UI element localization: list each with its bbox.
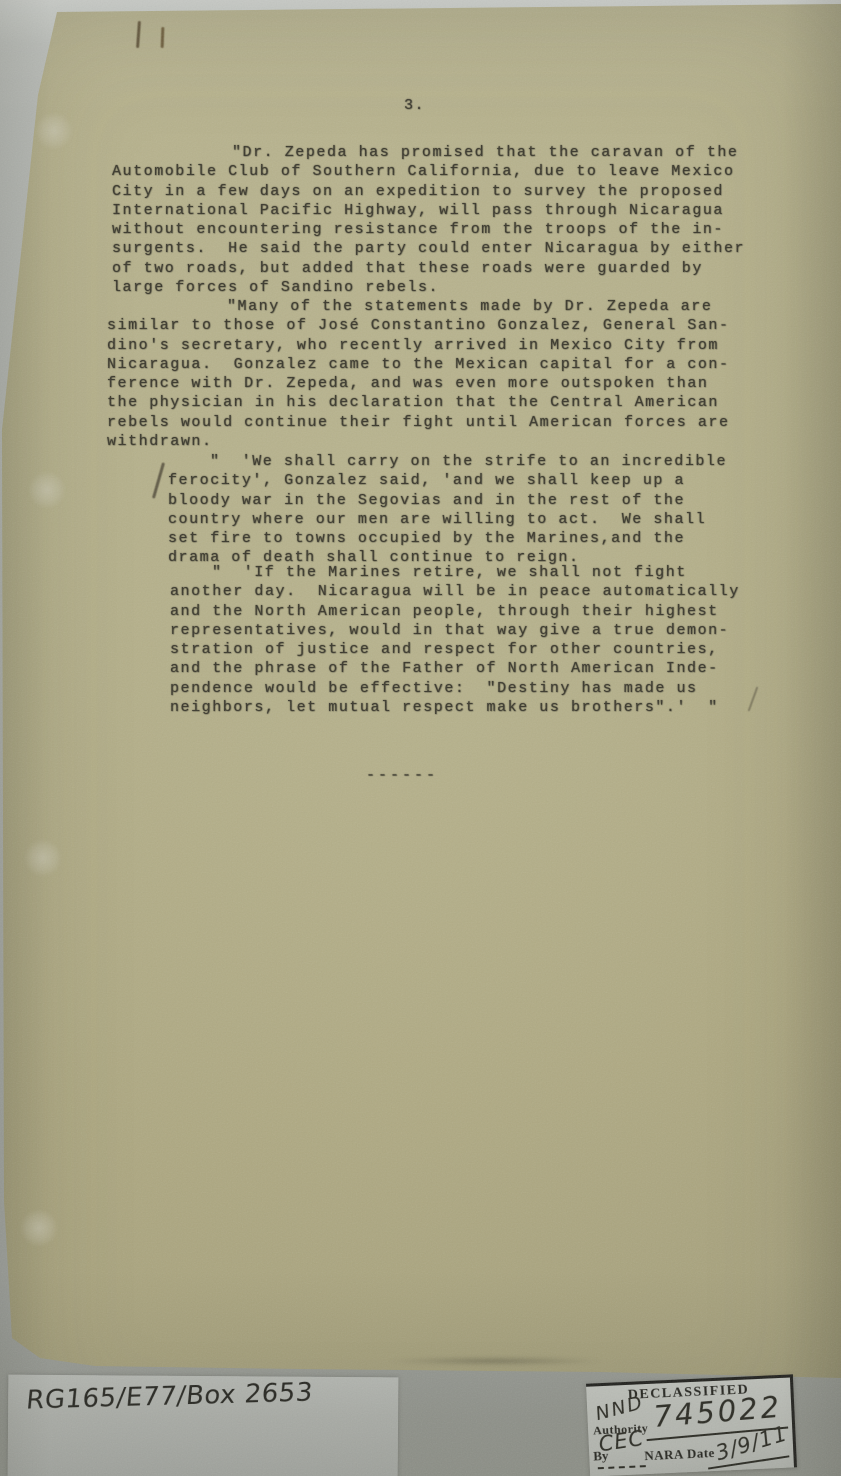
section-separator: ------ <box>366 766 438 785</box>
typewritten-line: the physician in his declaration that th… <box>107 393 772 412</box>
stamp-nara-date-label: NARA Date <box>644 1445 715 1464</box>
block-quote-1: " 'We shall carry on the strife to an in… <box>168 452 768 568</box>
paper-edge-shadow <box>350 1356 640 1366</box>
typewritten-line: country where our men are willing to act… <box>168 510 768 529</box>
typewritten-line: without encountering resistance from the… <box>112 220 772 239</box>
stamp-by-handwriting: CEC <box>597 1426 646 1457</box>
typewritten-line: "Dr. Zepeda has promised that the carava… <box>112 143 772 162</box>
typewritten-line: and the North American people, through t… <box>170 602 770 621</box>
archive-label-text: RG165/E77/Box 2653 <box>25 1378 314 1416</box>
punch-hole <box>28 471 66 509</box>
typewritten-line: dino's secretary, who recently arrived i… <box>107 336 772 355</box>
paragraph-2: "Many of the statements made by Dr. Zepe… <box>107 297 772 451</box>
typewritten-line: City in a few days on an expedition to s… <box>112 182 772 201</box>
typewritten-line: surgents. He said the party could enter … <box>112 239 772 258</box>
typewritten-line: neighbors, let mutual respect make us br… <box>170 698 770 717</box>
typewritten-line: " 'We shall carry on the strife to an in… <box>168 452 768 471</box>
typewritten-line: rebels would continue their fight until … <box>107 413 772 432</box>
document-scan: 3. "Dr. Zepeda has promised that the car… <box>0 0 841 1476</box>
punch-hole <box>20 1209 58 1247</box>
archive-box-label: RG165/E77/Box 2653 <box>8 1375 399 1476</box>
declassified-stamp: DECLASSIFIED NND Authority 745022 By CEC… <box>586 1374 797 1476</box>
typewritten-line: representatives, would in that way give … <box>170 621 770 640</box>
typewritten-line: International Pacific Highway, will pass… <box>112 201 772 220</box>
typewritten-line: large forces of Sandino rebels. <box>112 278 772 297</box>
typewritten-line: ference with Dr. Zepeda, and was even mo… <box>107 374 772 393</box>
typewritten-line: Nicaragua. Gonzalez came to the Mexican … <box>107 355 772 374</box>
typewritten-line: withdrawn. <box>107 432 772 451</box>
typewritten-line: pendence would be effective: "Destiny ha… <box>170 679 770 698</box>
typewritten-line: " 'If the Marines retire, we shall not f… <box>170 563 770 582</box>
paragraph-1: "Dr. Zepeda has promised that the carava… <box>112 143 772 297</box>
typewritten-line: stration of justice and respect for othe… <box>170 640 770 659</box>
page-number: 3. <box>404 96 425 115</box>
typewritten-line: bloody war in the Segovias and in the re… <box>168 491 768 510</box>
typewritten-line: "Many of the statements made by Dr. Zepe… <box>107 297 772 316</box>
punch-hole <box>35 112 73 150</box>
typewritten-line: of two roads, but added that these roads… <box>112 259 772 278</box>
typewritten-line: set fire to towns occupied by the Marine… <box>168 529 768 548</box>
typewritten-line: another day. Nicaragua will be in peace … <box>170 582 770 601</box>
block-quote-2: " 'If the Marines retire, we shall not f… <box>170 563 770 717</box>
stamp-underline <box>598 1465 646 1469</box>
punch-hole <box>24 839 62 877</box>
typewritten-line: and the phrase of the Father of North Am… <box>170 659 770 678</box>
typewritten-line: similar to those of José Constantino Gon… <box>107 316 772 335</box>
typewritten-line: Automobile Club of Southern California, … <box>112 162 772 181</box>
typewritten-line: ferocity', Gonzalez said, 'and we shall … <box>168 471 768 490</box>
